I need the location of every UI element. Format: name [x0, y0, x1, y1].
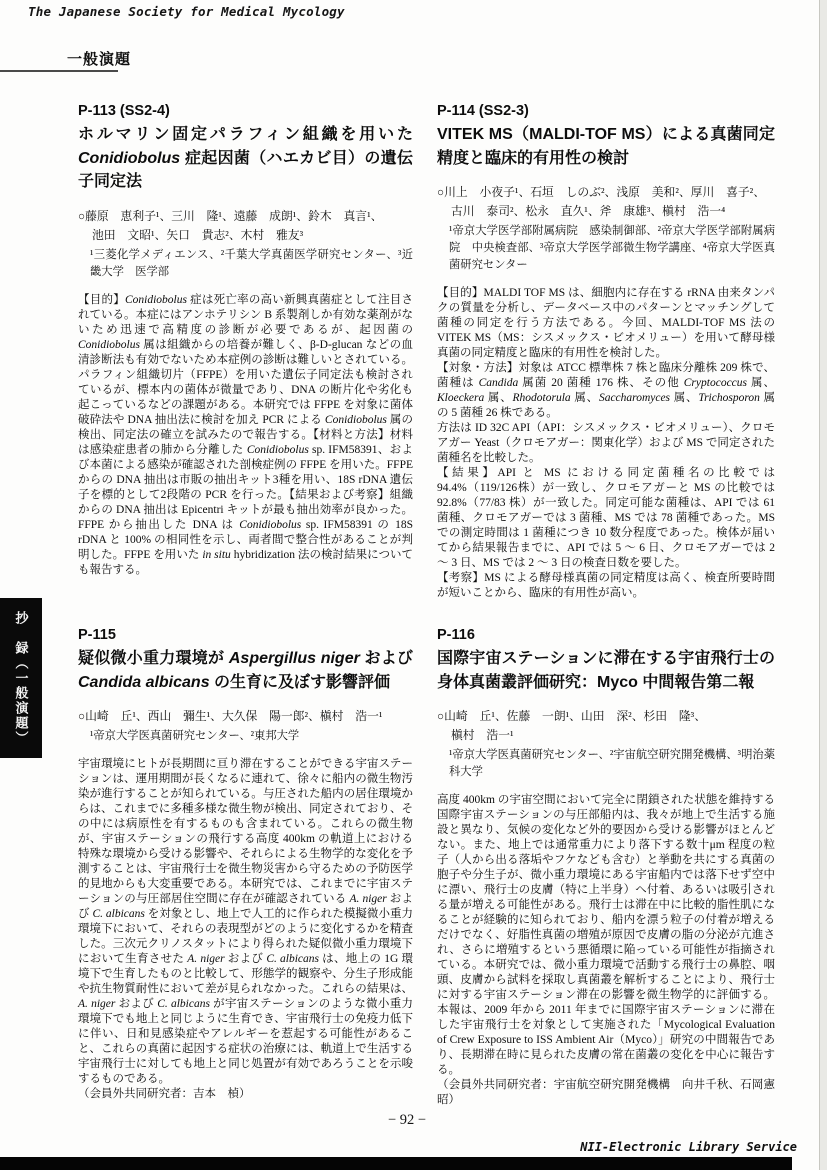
abstract-authors: ○川上 小夜子¹、石垣 しのぶ²、浅原 美和²、厚川 喜子²、 古川 泰司²、松…: [437, 183, 775, 221]
abstract-affiliations: ¹帝京大学医学部附属病院 感染制御部、²帝京大学医学部附属病院 中央検査部、³帝…: [437, 223, 775, 274]
abstract-affiliations: ¹帝京大学医真菌研究センター、²東邦大学: [78, 728, 413, 745]
library-service-credit: NII-Electronic Library Service: [580, 1140, 797, 1154]
abstract-affiliations: ¹帝京大学医真菌研究センター、²宇宙航空研究開発機構、³明治薬科大学: [437, 747, 775, 781]
abstract-p113: P-113 (SS2-4) ホルマリン固定パラフィン組織を用いた Conidio…: [78, 103, 413, 578]
side-tab-label: 抄 録（一般演題）: [0, 598, 42, 758]
abstract-body: 【目的】Conidiobolus 症は死亡率の高い新興真菌症として注目されている…: [78, 293, 413, 578]
scanned-abstract-page: The Japanese Society for Medical Mycolog…: [0, 0, 827, 1170]
page-number: − 92 −: [307, 1112, 507, 1129]
abstract-authors: ○山崎 丘¹、西山 彌生¹、大久保 陽一郎²、槇村 浩一¹: [78, 707, 413, 726]
abstract-p114: P-114 (SS2-3) VITEK MS（MALDI-TOF MS）による真…: [437, 103, 775, 601]
abstract-title: ホルマリン固定パラフィン組織を用いた Conidiobolus 症起因菌（ハエカ…: [78, 123, 413, 194]
abstract-number: P-114 (SS2-3): [437, 103, 775, 119]
abstract-number: P-115: [78, 627, 413, 643]
abstract-p116: P-116 国際宇宙ステーションに滞在する宇宙飛行士の身体真菌叢評価研究：Myc…: [437, 627, 775, 1108]
abstract-title: VITEK MS（MALDI-TOF MS）による真菌同定精度と臨床的有用性の検…: [437, 123, 775, 170]
section-label: 一般演題: [67, 48, 131, 69]
abstract-body: 高度 400km の宇宙空間において完全に閉鎖された状態を維持する国際宇宙ステー…: [437, 793, 775, 1108]
abstract-body: 宇宙環境にヒトが長期間に亘り滞在することができる宇宙ステーションは、運用期間が長…: [78, 757, 413, 1102]
bottom-black-bar: [0, 1157, 792, 1170]
abstract-p115: P-115 疑似微小重力環境が Aspergillus niger および Ca…: [78, 627, 413, 1102]
scan-page-edge: [819, 0, 827, 1170]
library-watermark: The Japanese Society for Medical Mycolog…: [28, 4, 345, 19]
abstract-body: 【目的】MALDI TOF MS は、細胞内に存在する rRNA 由来タンパクの…: [437, 286, 775, 601]
abstract-authors: ○山崎 丘¹、佐藤 一朗¹、山田 深²、杉田 隆³、 槇村 浩一¹: [437, 707, 775, 745]
abstract-title: 疑似微小重力環境が Aspergillus niger および Candida …: [78, 647, 413, 694]
abstract-title: 国際宇宙ステーションに滞在する宇宙飛行士の身体真菌叢評価研究：Myco 中間報告…: [437, 647, 775, 694]
abstract-affiliations: ¹三菱化学メディエンス、²千葉大学真菌医学研究センター、³近畿大学 医学部: [78, 247, 413, 281]
abstract-authors: ○藤原 恵利子¹、三川 隆¹、遠藤 成朗¹、鈴木 真言¹、 池田 文昭¹、矢口 …: [78, 207, 413, 245]
abstract-number: P-113 (SS2-4): [78, 103, 413, 119]
abstract-number: P-116: [437, 627, 775, 643]
section-underline-rule: [0, 70, 118, 72]
